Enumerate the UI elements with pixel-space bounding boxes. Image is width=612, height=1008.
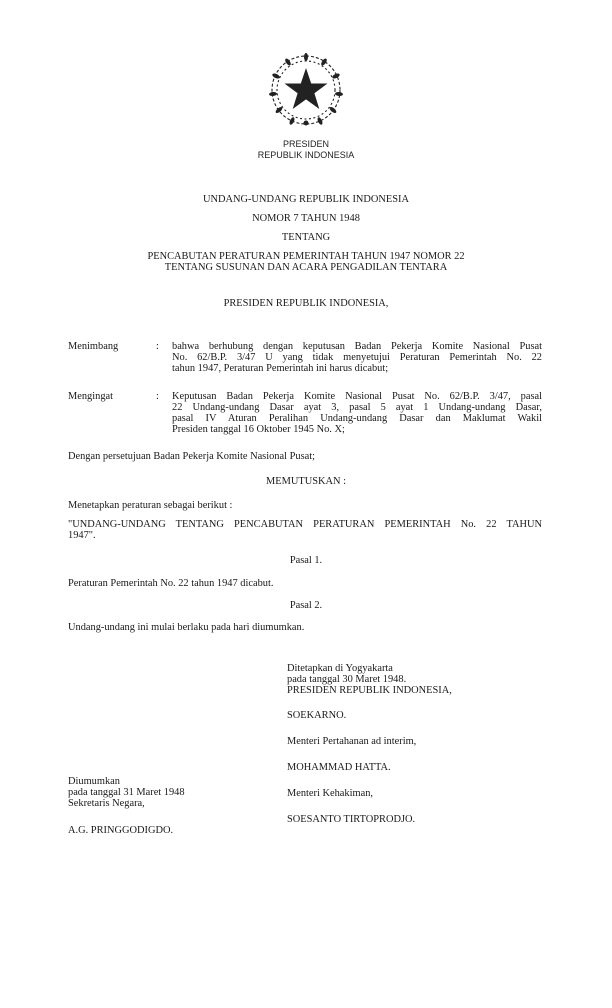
diumumkan-line2: pada tanggal 31 Maret 1948 <box>68 788 185 799</box>
minister1-name: MOHAMMAD HATTA. <box>287 763 391 774</box>
secretary-name: A.G. PRINGGODIGDO. <box>68 826 173 837</box>
minister1-title: Menteri Pertahanan ad interim, <box>287 737 416 748</box>
president-name: SOEKARNO. <box>287 711 346 722</box>
menimbang-line: bahwa berhubung dengan keputusan Badan P… <box>172 341 542 352</box>
menimbang-line: tahun 1947, Peraturan Pemerintah ini har… <box>172 363 542 374</box>
diumumkan-line1: Diumumkan <box>68 777 120 788</box>
menimbang-section: Menimbang : bahwa berhubung dengan keput… <box>68 341 542 377</box>
judul-uu-line2: 1947". <box>68 530 542 541</box>
mengingat-line: Presiden tanggal 16 Oktober 1945 No. X; <box>172 424 542 435</box>
diumumkan-line3: Sekretaris Negara, <box>68 799 145 810</box>
mengingat-section: Mengingat : Keputusan Badan Pekerja Komi… <box>68 391 542 437</box>
mengingat-line: Keputusan Badan Pekerja Komite Nasional … <box>172 391 542 402</box>
title-line5: TENTANG SUSUNAN DAN ACARA PENGADILAN TEN… <box>60 262 552 273</box>
title-line3: TENTANG <box>60 232 552 243</box>
mengingat-line: 22 Undang-undang Dasar ayat 3, pasal 5 a… <box>172 402 542 413</box>
ditetapkan-office: PRESIDEN REPUBLIK INDONESIA, <box>287 686 452 697</box>
menimbang-colon: : <box>156 341 159 352</box>
menimbang-line: No. 62/B.P. 3/47 U yang tidak menyetujui… <box>172 352 542 363</box>
title-line4: PENCABUTAN PERATURAN PEMERINTAH TAHUN 19… <box>60 251 552 262</box>
preamble: PRESIDEN REPUBLIK INDONESIA, <box>60 298 552 309</box>
wreath-star-emblem-icon <box>268 52 344 128</box>
pasal-1-text: Peraturan Pemerintah No. 22 tahun 1947 d… <box>68 578 542 589</box>
judul-uu-line1: "UNDANG-UNDANG TENTANG PENCABUTAN PERATU… <box>68 519 542 530</box>
pasal-2-heading: Pasal 2. <box>60 600 552 611</box>
title-line2: NOMOR 7 TAHUN 1948 <box>60 213 552 224</box>
ditetapkan-place: Ditetapkan di Yogyakarta <box>287 664 393 675</box>
menimbang-label: Menimbang <box>68 341 118 352</box>
menetapkan: Menetapkan peraturan sebagai berikut : <box>68 500 542 511</box>
memutuskan: MEMUTUSKAN : <box>60 476 552 487</box>
minister2-title: Menteri Kehakiman, <box>287 789 373 800</box>
pasal-2-text: Undang-undang ini mulai berlaku pada har… <box>68 622 542 633</box>
mengingat-colon: : <box>156 391 159 402</box>
mengingat-label: Mengingat <box>68 391 113 402</box>
emblem-label-line2: REPUBLIK INDONESIA <box>200 150 412 160</box>
persetujuan: Dengan persetujuan Badan Pekerja Komite … <box>68 451 542 462</box>
ditetapkan-date: pada tanggal 30 Maret 1948. <box>287 675 406 686</box>
pasal-1-heading: Pasal 1. <box>60 555 552 566</box>
mengingat-line: pasal IV Aturan Peralihan Undang-undang … <box>172 413 542 424</box>
title-line1: UNDANG-UNDANG REPUBLIK INDONESIA <box>60 194 552 205</box>
minister2-name: SOESANTO TIRTOPRODJO. <box>287 815 415 826</box>
emblem-label-line1: PRESIDEN <box>200 139 412 149</box>
